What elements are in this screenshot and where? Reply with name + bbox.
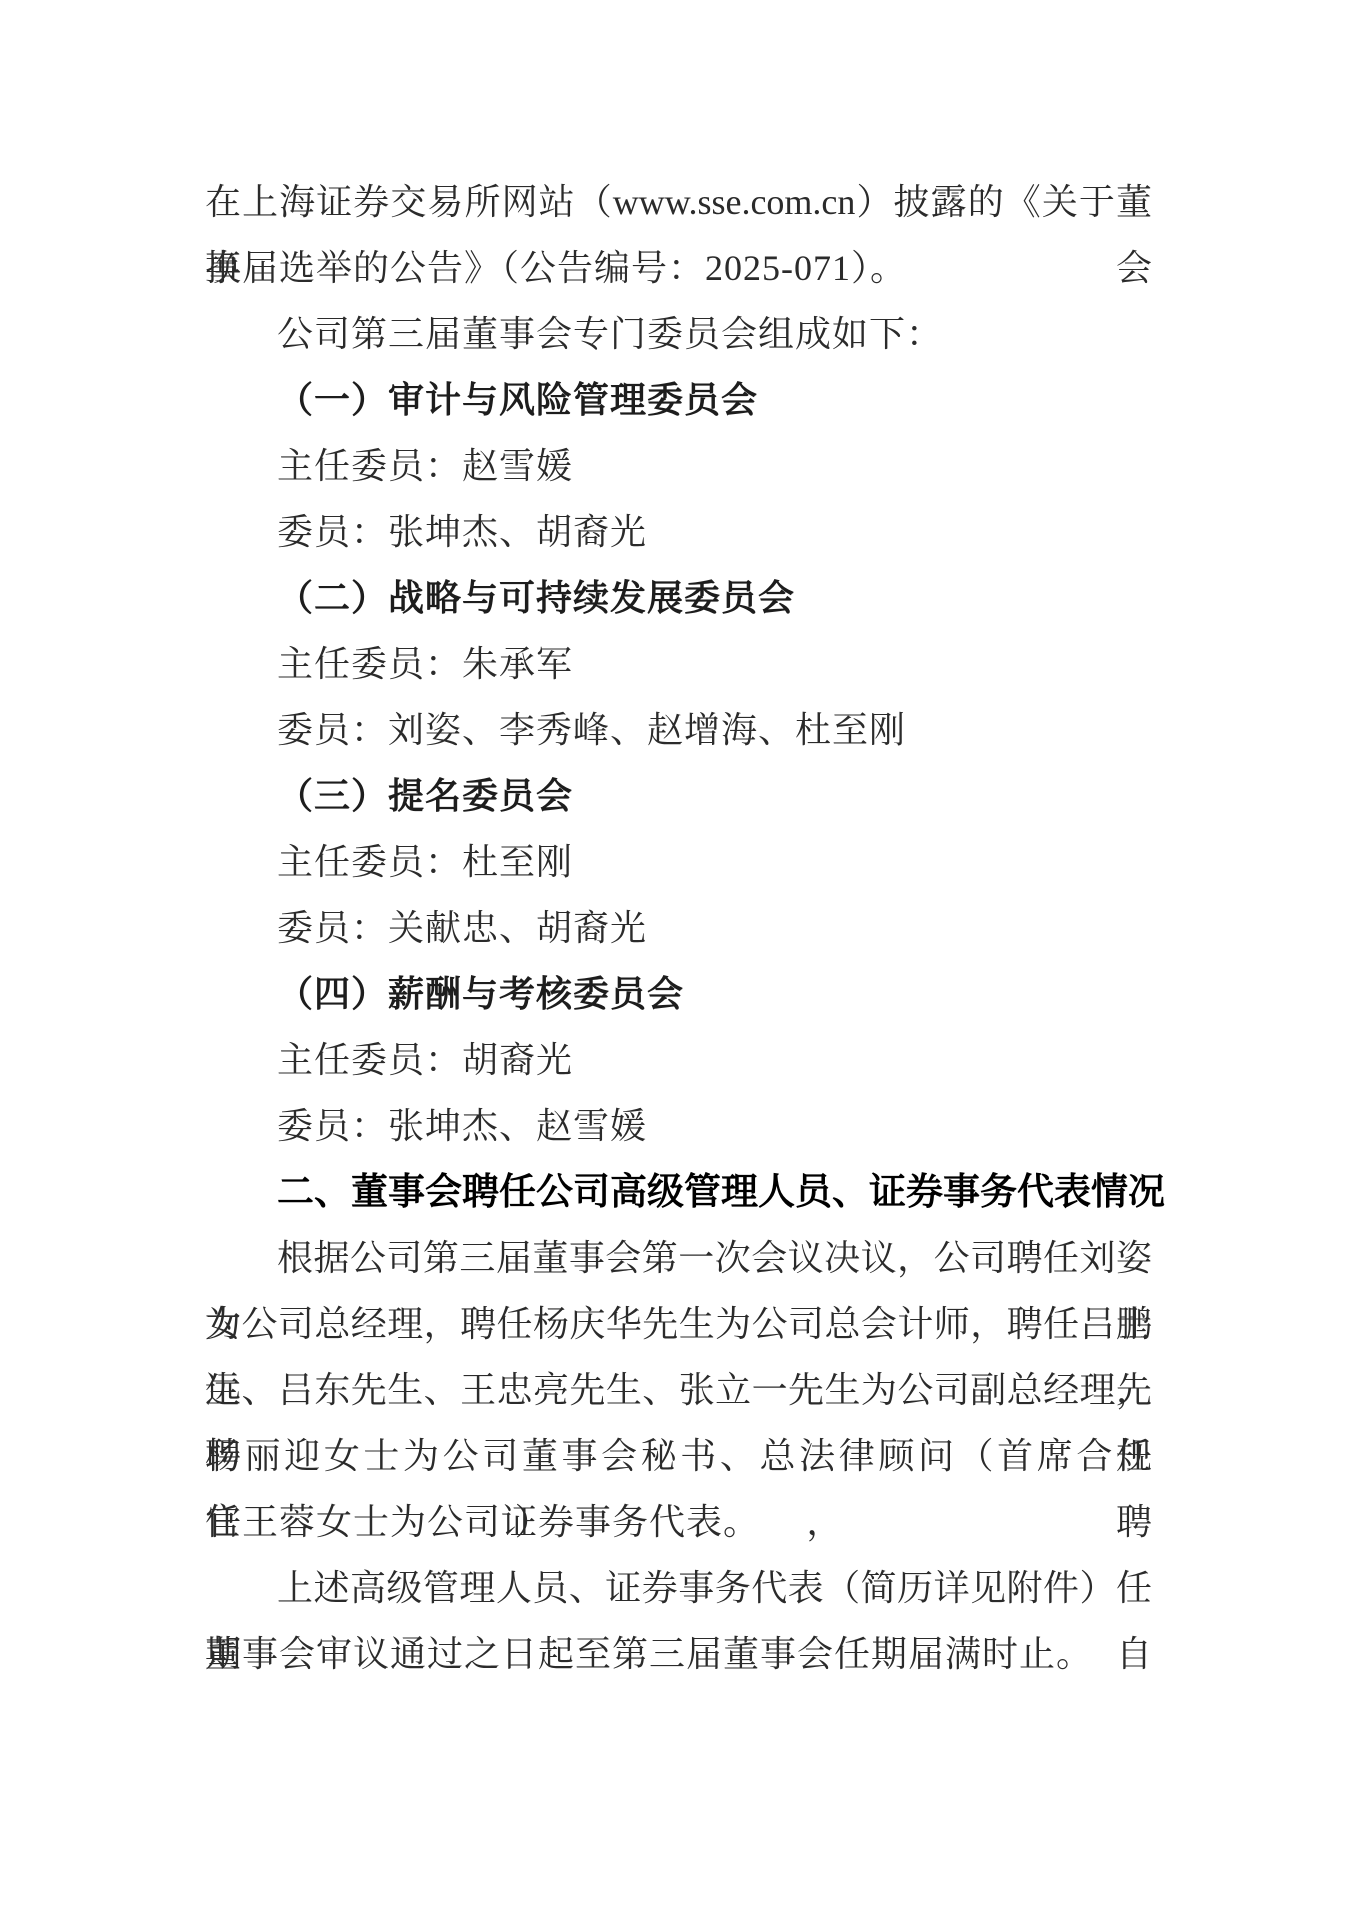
document-text-block: 在上海证券交易所网站（www.sse.com.cn）披露的《关于董事会换届选举的… bbox=[205, 169, 1152, 1687]
section-heading: 二、董事会聘任公司高级管理人员、证券事务代表情况 bbox=[205, 1159, 1152, 1225]
document-line: 上述高级管理人员、证券事务代表（简历详见附件）任期自 bbox=[205, 1555, 1152, 1621]
document-line: 委员：关献忠、胡裔光 bbox=[205, 895, 1152, 961]
document-line: 杨丽迎女士为公司董事会秘书、总法律顾问（首席合规官），聘 bbox=[205, 1423, 1152, 1489]
document-line: 委员：刘姿、李秀峰、赵增海、杜至刚 bbox=[205, 697, 1152, 763]
document-line: 为公司总经理，聘任杨庆华先生为公司总会计师，聘任吕鹏远先 bbox=[205, 1291, 1152, 1357]
document-line: 主任委员：杜至刚 bbox=[205, 829, 1152, 895]
committee-heading: （四）薪酬与考核委员会 bbox=[205, 961, 1152, 1027]
committee-heading: （三）提名委员会 bbox=[205, 763, 1152, 829]
document-page: 在上海证券交易所网站（www.sse.com.cn）披露的《关于董事会换届选举的… bbox=[0, 0, 1357, 1920]
document-line: 公司第三届董事会专门委员会组成如下： bbox=[205, 301, 1152, 367]
committee-heading: （一）审计与风险管理委员会 bbox=[205, 367, 1152, 433]
document-line: 主任委员：胡裔光 bbox=[205, 1027, 1152, 1093]
document-line: 生、吕东先生、王忠亮先生、张立一先生为公司副总经理，聘任 bbox=[205, 1357, 1152, 1423]
document-line: 董事会审议通过之日起至第三届董事会任期届满时止。 bbox=[205, 1621, 1152, 1687]
document-line: 在上海证券交易所网站（www.sse.com.cn）披露的《关于董事会 bbox=[205, 169, 1152, 235]
document-line: 根据公司第三届董事会第一次会议决议，公司聘任刘姿女士 bbox=[205, 1225, 1152, 1291]
committee-heading: （二）战略与可持续发展委员会 bbox=[205, 565, 1152, 631]
document-line: 委员：张坤杰、赵雪媛 bbox=[205, 1093, 1152, 1159]
document-line: 委员：张坤杰、胡裔光 bbox=[205, 499, 1152, 565]
document-line: 主任委员：朱承军 bbox=[205, 631, 1152, 697]
document-line: 主任委员：赵雪媛 bbox=[205, 433, 1152, 499]
